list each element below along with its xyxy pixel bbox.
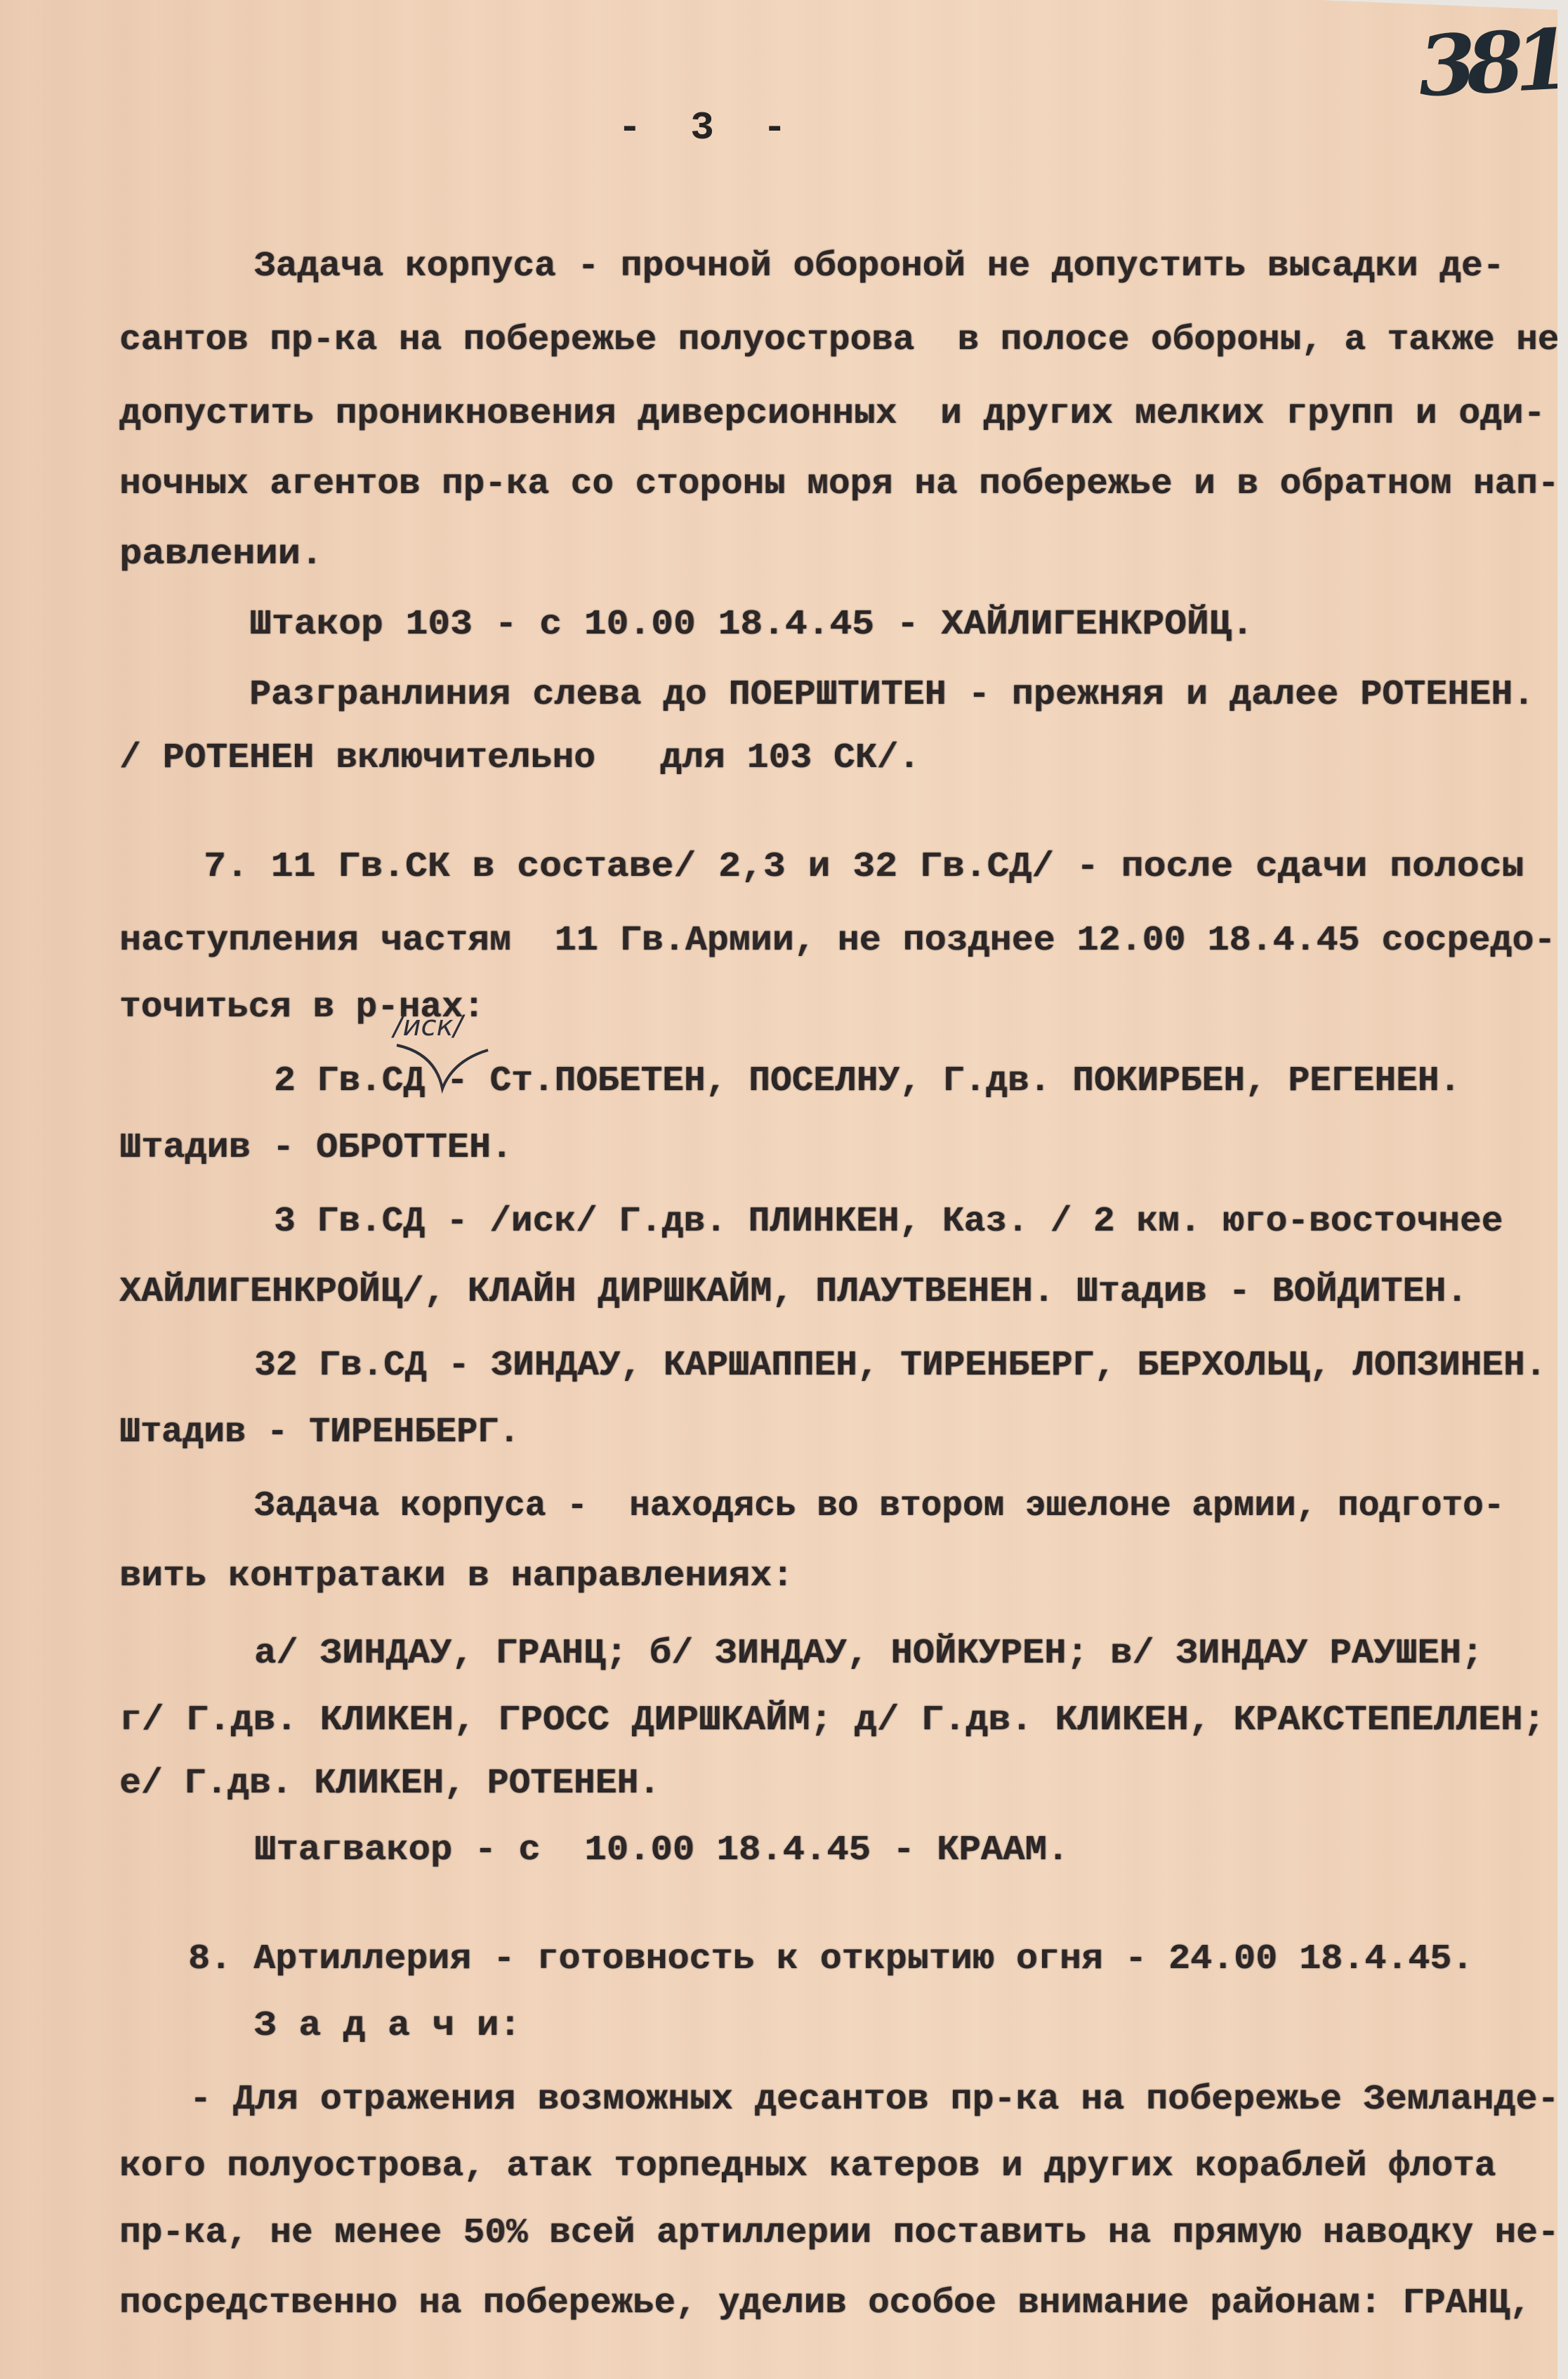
text-line: допустить проникновения диверсионных и д…: [119, 393, 1545, 435]
text-line: посредственно на побережье, уделив особо…: [119, 2283, 1531, 2325]
text-line: вить контратаки в направлениях:: [119, 1556, 793, 1598]
text-line: наступления частям 11 Гв.Армии, не поздн…: [119, 920, 1555, 962]
insertion-caret-mark: [393, 1040, 492, 1096]
text-line: 32 Гв.СД - ЗИНДАУ, КАРШАППЕН, ТИРЕНБЕРГ,…: [254, 1345, 1546, 1387]
text-line: ночных агентов пр-ка со стороны моря на …: [119, 464, 1559, 506]
text-line: е/ Г.дв. КЛИКЕН, РОТЕНЕН.: [119, 1763, 660, 1805]
handwritten-folio-number: 381: [1416, 11, 1564, 116]
text-line: сантов пр-ка на побережье полуострова в …: [119, 320, 1559, 362]
text-line: пр-ка, не менее 50% всей артиллерии пост…: [119, 2213, 1559, 2255]
handwritten-insertion: /иск/: [393, 1010, 463, 1042]
text-line: Разгранлиния слева до ПОЕРШТИТЕН - прежн…: [249, 674, 1534, 716]
text-line: а/ ЗИНДАУ, ГРАНЦ; б/ ЗИНДАУ, НОЙКУРЕН; в…: [254, 1633, 1483, 1675]
text-line: 7. 11 Гв.СК в составе/ 2,3 и 32 Гв.СД/ -…: [204, 846, 1524, 889]
document-page: 381 - 3 - Задача корпуса - прочной оборо…: [0, 0, 1557, 2379]
text-line: Штадив - ОБРОТТЕН.: [119, 1127, 513, 1169]
text-line: Штакор 103 - с 10.00 18.4.45 - ХАЙЛИГЕНК…: [249, 604, 1253, 646]
text-line: равлении.: [119, 534, 323, 576]
text-line: Задача корпуса - находясь во втором эшел…: [254, 1486, 1504, 1528]
text-line: Штагвакор - с 10.00 18.4.45 - КРААМ.: [254, 1830, 1069, 1872]
text-line: - Для отражения возможных десантов пр-ка…: [190, 2079, 1559, 2121]
text-line: кого полуострова, атак торпедных катеров…: [119, 2146, 1496, 2188]
text-line: Задача корпуса - прочной обороной не доп…: [254, 246, 1504, 288]
page-number-marker: - 3 -: [618, 105, 799, 150]
text-line: ХАЙЛИГЕНКРОЙЦ/, КЛАЙН ДИРШКАЙМ, ПЛАУТВЕН…: [119, 1271, 1468, 1313]
text-line: / РОТЕНЕН включительно для 103 СК/.: [119, 738, 920, 780]
text-line: г/ Г.дв. КЛИКЕН, ГРОСС ДИРШКАЙМ; д/ Г.дв…: [119, 1700, 1545, 1742]
text-line: 3 Гв.СД - /иск/ Г.дв. ПЛИНКЕН, Каз. / 2 …: [274, 1201, 1503, 1243]
text-line: Штадив - ТИРЕНБЕРГ.: [119, 1412, 520, 1454]
text-line: 8. Артиллерия - готовность к открытию ог…: [188, 1939, 1473, 1981]
text-line: З а д а ч и:: [254, 2005, 521, 2047]
